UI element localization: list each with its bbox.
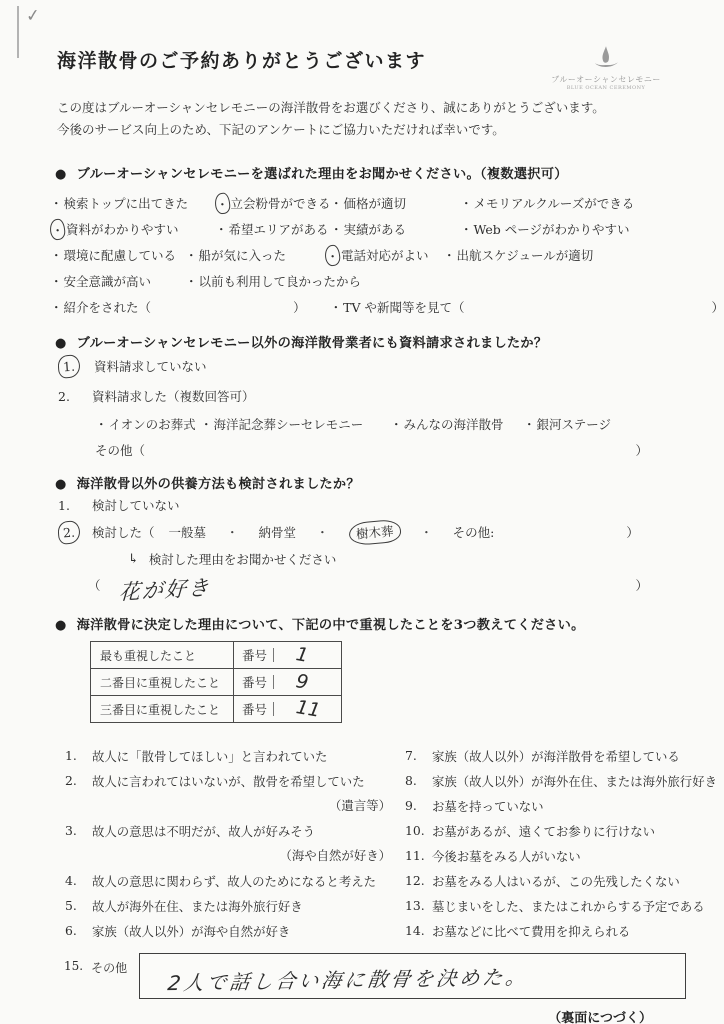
intro-paragraph: この度はブルーオーシャンセレモニーの海洋散骨をお選びくださり、誠にありがとうござ…	[57, 97, 667, 141]
choice-ippanbo: 一般墓	[169, 523, 207, 541]
choice-jumokuso-circled: 樹木葬	[348, 518, 401, 545]
q1-row-2: ・資料がわかりやすい ・希望エリアがある ・実績がある ・Web ページがわかり…	[50, 216, 724, 242]
option-eco: ・環境に配慮している	[50, 246, 185, 264]
q2-providers-row: ・イオンのお葬式 ・海洋記念葬シーセレモニー ・みんなの海洋散骨 ・銀河ステージ	[95, 411, 724, 437]
priority-table: 最も重視したこと 番号1 二番目に重視したこと 番号9 三番目に重視したこと 番…	[90, 641, 342, 723]
scanned-questionnaire-page: ✓ 海洋散骨のご予約ありがとうございます ブルーオーシャンセレモニー BLUE …	[0, 0, 724, 1024]
rank-label: 二番目に重視したこと	[91, 669, 234, 696]
handwritten-checkmark: ✓	[25, 5, 41, 26]
q3-option-1: 1. 検討していない	[58, 492, 724, 518]
handwritten-answer: 花が好き	[118, 572, 211, 607]
q2-heading: ●ブルーオーシャンセレモニー以外の海洋散骨業者にも資料請求されましたか？	[55, 332, 724, 351]
intro-line-1: この度はブルーオーシャンセレモニーの海洋散骨をお選びくださり、誠にありがとうござ…	[57, 97, 667, 119]
q3-answer-row: （ 花が好き ）	[88, 572, 648, 604]
handwritten-number: 11	[295, 698, 322, 721]
form-line	[273, 648, 274, 662]
heading-bullet-icon: ●	[55, 167, 67, 182]
option-liked-ship: ・船が気に入った	[185, 246, 325, 264]
option-search-top: ・検索トップに出てきた	[50, 194, 215, 212]
option-used-before: ・以前も利用して良かったから	[185, 272, 361, 290]
q4-heading: ●海洋散骨に決定した理由について、下記の中で重視したことを3つ教えてください。	[55, 614, 724, 633]
reasons-list: 1.故人に「散骨してほしい」と言われていた 2.故人に言われてはいないが、散骨を…	[65, 743, 724, 943]
handwritten-comment: 2人で話し合い海に散骨を決めた。	[166, 961, 530, 996]
list-item-note: （海や自然が好き）	[65, 843, 397, 868]
option-sailing-schedule: ・出航スケジュールが適切	[443, 246, 593, 264]
flame-wave-icon	[589, 44, 623, 74]
intro-line-2: 今後のサービス向上のため、下記のアンケートにご協力いただければ幸いです。	[57, 119, 667, 141]
list-item: 9.お墓を持っていない	[405, 793, 724, 818]
q3-followup: ↳ 検討した理由をお聞かせください	[128, 546, 724, 572]
provider-ginga-stage: ・銀河ステージ	[523, 415, 611, 433]
handwritten-circle-mark: ・	[324, 244, 341, 267]
handwritten-circle-mark: ・	[49, 218, 66, 241]
scan-fold-line	[17, 6, 19, 58]
field-label: 番号	[242, 700, 267, 718]
free-comment-box: 2人で話し合い海に散骨を決めた。	[139, 953, 686, 999]
field-label: 番号	[242, 646, 267, 664]
company-logo: ブルーオーシャンセレモニー BLUE OCEAN CEREMONY	[546, 44, 666, 91]
footer-note: （裏面につづく）	[0, 1007, 652, 1024]
option-track-record: ・実績がある	[330, 220, 460, 238]
logo-subtitle: BLUE OCEAN CEREMONY	[546, 85, 666, 91]
q1-options: ・検索トップに出てきた ・立会粉骨ができる ・価格が適切 ・メモリアルクルーズが…	[50, 190, 724, 320]
paren-close: ）	[635, 441, 648, 459]
list-item: 12.お墓をみる人はいるが、この先残したくない	[405, 868, 724, 893]
handwritten-circle-mark: 1.	[57, 354, 81, 378]
handwritten-number: 9	[294, 672, 309, 693]
q1-row-1: ・検索トップに出てきた ・立会粉骨ができる ・価格が適切 ・メモリアルクルーズが…	[50, 190, 724, 216]
heading-bullet-icon: ●	[55, 477, 67, 492]
form-line	[273, 675, 274, 689]
list-item: 14.お墓などに比べて費用を抑えられる	[405, 918, 724, 943]
provider-sea-ceremony: ・海洋記念葬シーセレモニー	[200, 415, 390, 433]
list-item: 3.故人の意思は不明だが、故人が好みそう	[65, 818, 397, 843]
list-item: 13.墓じまいをした、またはこれからする予定である	[405, 893, 724, 918]
option-web-clear: ・Web ページがわかりやすい	[460, 220, 629, 238]
list-item-note: （遺言等）	[65, 793, 397, 818]
paren-close: ）	[626, 523, 639, 541]
arrow-icon: ↳	[128, 552, 139, 567]
option-materials-clear: ・資料がわかりやすい	[50, 219, 215, 240]
list-item: 2.故人に言われてはいないが、散骨を希望していた	[65, 768, 397, 793]
q3-heading: ●海洋散骨以外の供養方法も検討されましたか？	[55, 473, 724, 492]
q3-option-2: 2. 検討した（ 一般墓 ・ 納骨堂 ・ 樹木葬 ・ その他: ）	[58, 518, 724, 546]
handwritten-circle-mark: 2.	[57, 520, 81, 544]
list-item: 5.故人が海外在住、または海外旅行好き	[65, 893, 397, 918]
list-item: 4.故人の意思に関わらず、故人のためになると考えた	[65, 868, 397, 893]
item-15-other: 15. その他 2人で話し合い海に散骨を決めた。	[64, 953, 724, 999]
heading-bullet-icon: ●	[55, 618, 67, 633]
handwritten-number: 1	[294, 645, 309, 666]
q1-row-4: ・安全意識が高い ・以前も利用して良かったから	[50, 268, 724, 294]
paren-close: ）	[293, 298, 306, 316]
heading-bullet-icon: ●	[55, 336, 67, 351]
choice-other: その他:	[453, 523, 495, 541]
reasons-column-left: 1.故人に「散骨してほしい」と言われていた 2.故人に言われてはいないが、散骨を…	[65, 743, 397, 943]
field-label: 番号	[242, 673, 267, 691]
paren-close: ）	[711, 298, 724, 316]
list-item: 1.故人に「散骨してほしい」と言われていた	[65, 743, 397, 768]
option-referred: ・紹介をされた（	[50, 298, 151, 316]
provider-aeon: ・イオンのお葬式	[95, 415, 200, 433]
q2-other-row: その他（ ）	[95, 437, 648, 463]
option-desired-area: ・希望エリアがある	[215, 220, 330, 238]
list-item: 10.お墓があるが、遠くてお参りに行けない	[405, 818, 724, 843]
rank-label: 三番目に重視したこと	[91, 696, 234, 723]
q2-option-1: 1. 資料請求していない	[58, 351, 724, 381]
q1-row-5: ・紹介をされた（ ） ・TV や新聞等を見て（ ）	[50, 294, 724, 320]
provider-minna: ・みんなの海洋散骨	[390, 415, 523, 433]
table-row: 最も重視したこと 番号1	[91, 642, 342, 669]
option-safety: ・安全意識が高い	[50, 272, 185, 290]
option-tv-newspaper: ・TV や新聞等を見て（	[330, 298, 465, 316]
list-item: 8.家族（故人以外）が海外在住、または海外旅行好き	[405, 768, 724, 793]
option-price: ・価格が適切	[330, 194, 460, 212]
q2-option-2: 2. 資料請求した（複数回答可）	[58, 381, 724, 411]
choice-nokotsudo: 納骨堂	[259, 523, 297, 541]
table-row: 二番目に重視したこと 番号9	[91, 669, 342, 696]
q1-row-3: ・環境に配慮している ・船が気に入った ・電話対応がよい ・出航スケジュールが適…	[50, 242, 724, 268]
list-item: 11.今後お墓をみる人がいない	[405, 843, 724, 868]
option-phone-support: ・電話対応がよい	[325, 245, 443, 266]
table-row: 三番目に重視したこと 番号11	[91, 696, 342, 723]
form-line	[273, 702, 274, 716]
reasons-column-right: 7.家族（故人以外）が海洋散骨を希望している 8.家族（故人以外）が海外在住、ま…	[405, 743, 724, 943]
paren-close: ）	[635, 576, 648, 594]
rank-label: 最も重視したこと	[91, 642, 234, 669]
option-tachiai-funkotsu: ・立会粉骨ができる	[215, 193, 330, 214]
list-item: 6.家族（故人以外）が海や自然が好き	[65, 918, 397, 943]
list-item: 7.家族（故人以外）が海洋散骨を希望している	[405, 743, 724, 768]
handwritten-circle-mark: ・	[214, 192, 231, 215]
option-memorial-cruise: ・メモリアルクルーズができる	[460, 194, 634, 212]
logo-name: ブルーオーシャンセレモニー	[546, 74, 666, 85]
q1-heading: ●ブルーオーシャンセレモニーを選ばれた理由をお聞かせください。（複数選択可）	[55, 163, 724, 182]
